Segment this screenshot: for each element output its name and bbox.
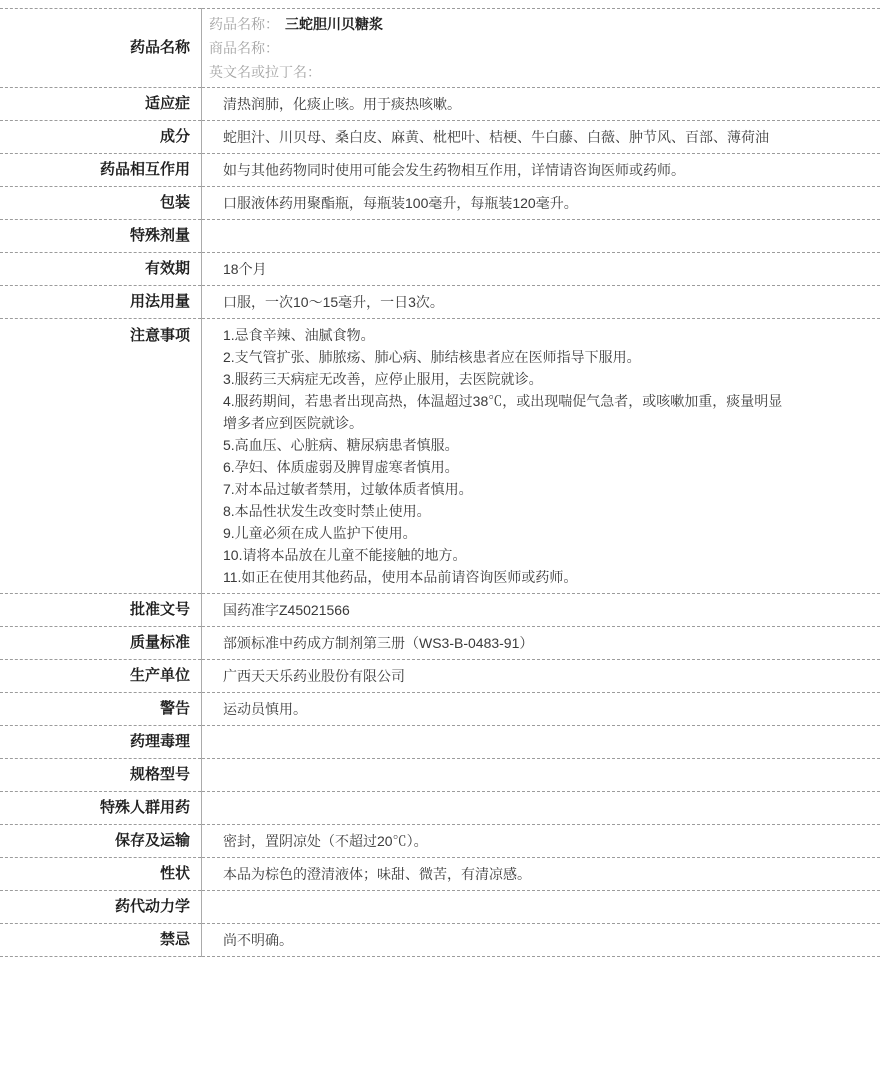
row-label-appearance: 性状 [0,858,202,891]
row-label-specification: 规格型号 [0,759,202,792]
drug-info-page: 药品名称 药品名称：三蛇胆川贝糖浆 商品名称： 英文名或拉丁名： 适应症 清热润… [0,0,880,957]
row-label-indication: 适应症 [0,88,202,121]
table-row-manufacturer: 生产单位 广西天天乐药业股份有限公司 [0,660,880,693]
table-row-precautions: 注意事项 1.忌食辛辣、油腻食物。 2.支气管扩张、肺脓疡、肺心病、肺结核患者应… [0,319,880,594]
table-row-ingredients: 成分 蛇胆汁、川贝母、桑白皮、麻黄、枇杷叶、桔梗、牛白藤、白薇、肿节风、百部、薄… [0,121,880,154]
row-value-manufacturer: 广西天天乐药业股份有限公司 [202,660,880,693]
precaution-item: 7.对本品过敏者禁用，过敏体质者慎用。 [223,478,783,500]
drug-info-table: 药品名称 药品名称：三蛇胆川贝糖浆 商品名称： 英文名或拉丁名： 适应症 清热润… [0,8,880,957]
table-row-shelf-life: 有效期 18个月 [0,253,880,286]
row-label-dosage: 用法用量 [0,286,202,319]
row-value-precautions: 1.忌食辛辣、油腻食物。 2.支气管扩张、肺脓疡、肺心病、肺结核患者应在医师指导… [202,319,880,594]
row-label-drug-name: 药品名称 [0,9,202,88]
drug-name-value: 三蛇胆川贝糖浆 [279,16,383,32]
row-label-approval-number: 批准文号 [0,594,202,627]
precaution-item: 4.服药期间，若患者出现高热，体温超过38℃，或出现喘促气急者，或咳嗽加重，痰量… [223,390,783,434]
table-row-storage: 保存及运输 密封，置阴凉处（不超过20℃）。 [0,825,880,858]
precaution-item: 6.孕妇、体质虚弱及脾胃虚寒者慎用。 [223,456,783,478]
row-label-shelf-life: 有效期 [0,253,202,286]
precaution-item: 5.高血压、心脏病、糖尿病患者慎服。 [223,434,783,456]
row-value-pharmacology [202,726,880,759]
english-name-line: 英文名或拉丁名： [209,60,868,84]
row-label-contraindication: 禁忌 [0,924,202,957]
trade-name-line: 商品名称： [209,36,868,60]
precaution-item: 9.儿童必须在成人监护下使用。 [223,522,783,544]
row-label-ingredients: 成分 [0,121,202,154]
table-row-pharmacology: 药理毒理 [0,726,880,759]
drug-name-key: 药品名称： [209,16,279,32]
row-label-special-dosage: 特殊剂量 [0,220,202,253]
row-label-quality-standard: 质量标准 [0,627,202,660]
row-value-approval-number: 国药准字Z45021566 [202,594,880,627]
precaution-item: 11.如正在使用其他药品，使用本品前请咨询医师或药师。 [223,566,783,588]
english-name-key: 英文名或拉丁名： [209,64,321,80]
table-row-indication: 适应症 清热润肺，化痰止咳。用于痰热咳嗽。 [0,88,880,121]
row-value-special-population [202,792,880,825]
row-label-precautions: 注意事项 [0,319,202,594]
table-row-interactions: 药品相互作用 如与其他药物同时使用可能会发生药物相互作用，详情请咨询医师或药师。 [0,154,880,187]
row-value-contraindication: 尚不明确。 [202,924,880,957]
row-label-special-population: 特殊人群用药 [0,792,202,825]
precaution-item: 10.请将本品放在儿童不能接触的地方。 [223,544,783,566]
table-row-special-population: 特殊人群用药 [0,792,880,825]
table-row-contraindication: 禁忌 尚不明确。 [0,924,880,957]
row-label-storage: 保存及运输 [0,825,202,858]
drug-name-line: 药品名称：三蛇胆川贝糖浆 [209,12,868,36]
row-value-warning: 运动员慎用。 [202,693,880,726]
precaution-item: 2.支气管扩张、肺脓疡、肺心病、肺结核患者应在医师指导下服用。 [223,346,783,368]
precaution-item: 1.忌食辛辣、油腻食物。 [223,324,783,346]
row-value-storage: 密封，置阴凉处（不超过20℃）。 [202,825,880,858]
row-value-dosage: 口服，一次10～15毫升，一日3次。 [202,286,880,319]
table-row-quality-standard: 质量标准 部颁标准中药成方制剂第三册（WS3-B-0483-91） [0,627,880,660]
row-value-interactions: 如与其他药物同时使用可能会发生药物相互作用，详情请咨询医师或药师。 [202,154,880,187]
row-value-special-dosage [202,220,880,253]
row-value-drug-name: 药品名称：三蛇胆川贝糖浆 商品名称： 英文名或拉丁名： [202,9,880,88]
precaution-item: 3.服药三天病症无改善，应停止服用，去医院就诊。 [223,368,783,390]
row-value-shelf-life: 18个月 [202,253,880,286]
row-label-pharmacology: 药理毒理 [0,726,202,759]
row-value-specification [202,759,880,792]
row-value-appearance: 本品为棕色的澄清液体；味甜、微苦，有清凉感。 [202,858,880,891]
table-row-pharmacokinetics: 药代动力学 [0,891,880,924]
table-row-packaging: 包装 口服液体药用聚酯瓶，每瓶装100毫升，每瓶装120毫升。 [0,187,880,220]
table-row-approval-number: 批准文号 国药准字Z45021566 [0,594,880,627]
row-label-manufacturer: 生产单位 [0,660,202,693]
table-row-dosage: 用法用量 口服，一次10～15毫升，一日3次。 [0,286,880,319]
row-label-packaging: 包装 [0,187,202,220]
table-row-specification: 规格型号 [0,759,880,792]
row-value-pharmacokinetics [202,891,880,924]
row-label-warning: 警告 [0,693,202,726]
table-row-appearance: 性状 本品为棕色的澄清液体；味甜、微苦，有清凉感。 [0,858,880,891]
table-row-warning: 警告 运动员慎用。 [0,693,880,726]
row-value-packaging: 口服液体药用聚酯瓶，每瓶装100毫升，每瓶装120毫升。 [202,187,880,220]
trade-name-key: 商品名称： [209,40,279,56]
row-value-quality-standard: 部颁标准中药成方制剂第三册（WS3-B-0483-91） [202,627,880,660]
row-label-interactions: 药品相互作用 [0,154,202,187]
row-label-pharmacokinetics: 药代动力学 [0,891,202,924]
row-value-ingredients: 蛇胆汁、川贝母、桑白皮、麻黄、枇杷叶、桔梗、牛白藤、白薇、肿节风、百部、薄荷油 [202,121,880,154]
row-value-indication: 清热润肺，化痰止咳。用于痰热咳嗽。 [202,88,880,121]
precaution-item: 8.本品性状发生改变时禁止使用。 [223,500,783,522]
table-row-special-dosage: 特殊剂量 [0,220,880,253]
table-row-drug-name: 药品名称 药品名称：三蛇胆川贝糖浆 商品名称： 英文名或拉丁名： [0,9,880,88]
